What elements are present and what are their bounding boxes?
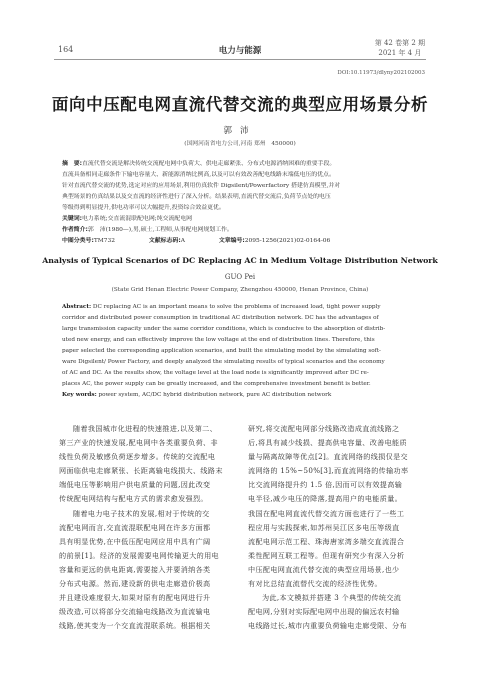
document-code: 文献标志码:A (149, 238, 201, 244)
body-text-line: 随着电力电子技术的发展,相对于传统的交 (59, 507, 237, 521)
abstract-line: 等级得到明显提升,供电功率可以大幅提升,投资综合效益更优。 (62, 203, 422, 214)
body-text-line: 中压配电网直流代替交流的典型应用场景,也少 (248, 563, 426, 577)
body-text-line: 容量和更远的供电距离,需要接入并要消纳各类 (59, 563, 237, 577)
body-text-line: 电线路过长,城市内重要负荷输电走廊受限、分布 (248, 619, 426, 633)
abstract-line: uted new energy, and can effectively imp… (62, 335, 422, 346)
volume-issue: 第 42 卷第 2 期 (375, 38, 425, 48)
affiliation-english: (State Grid Henan Electric Power Company… (0, 287, 480, 293)
abstract-english: Abstract: DC replacing AC is an importan… (62, 302, 422, 401)
body-text-line: 的前景[1]。经济的发展需要电网传输更大的用电 (59, 549, 237, 563)
body-text-line: 线性负荷及敏感负荷逐步增多。传统的交流配电 (59, 450, 237, 464)
abstract-label: 摘 要: (62, 161, 82, 167)
abstract-chinese: 摘 要:直流代替交流是解决传统交流配电网中负荷大、供电走廊紧张、分布式电源消纳困… (62, 159, 422, 247)
abstract-line: large transmission capacity under the sa… (62, 324, 422, 335)
abstract-line: 典型场景的仿真结果以及交直流的经济性进行了深入分析。结果表明,直流代替交流后,负… (62, 192, 422, 203)
title-chinese: 面向中压配电网直流代替交流的典型应用场景分析 (0, 91, 480, 115)
body-text-line: 随着我国城市化进程的快速推进,以及第二、 (59, 422, 237, 436)
body-text-line: 程应用与实践探索,如苏州吴江区多电压等级直 (248, 521, 426, 535)
body-text-line: 具有明显优势,在中低压配电网应用中具有广阔 (59, 535, 237, 549)
issue-date: 2021 年 4 月 (375, 48, 425, 58)
keywords-english: Key words: power system, AC/DC hybrid di… (62, 390, 422, 401)
doi: DOI:10.11973/dlyny202102003 (337, 70, 425, 76)
body-text-line: 研究,将交流配电网部分线路改造成直流线路之 (248, 422, 426, 436)
abstract-line: of AC and DC. As the results show, the v… (62, 368, 422, 379)
body-column-left: 随着我国城市化进程的快速推进,以及第二、第三产业的快速发展,配电网中各类重要负荷… (59, 422, 237, 633)
author-english: GUO Pei (0, 273, 480, 281)
author-chinese: 郭沛 (0, 124, 480, 136)
body-text-line: 配电网,分别对实际配电网中出现的偏远农村输 (248, 605, 426, 619)
abstract-line: ware Digsilent/ Power Factory, and deepl… (62, 357, 422, 368)
abstract-line: Abstract: DC replacing AC is an importan… (62, 302, 422, 313)
body-text-line: 传统配电网结构与配电方式的需求愈发强烈。 (59, 492, 237, 506)
abstract-line: corridor and distributed power consumpti… (62, 313, 422, 324)
author-bio: 作者简介:郭 沛(1980—),男,硕士,工程师,从事配电网规划工作。 (62, 225, 422, 236)
body-text-line: 柔性配网互联工程等。但现有研究少有深入分析 (248, 549, 426, 563)
classification-row: 中图分类号:TM732 文献标志码:A 文章编号:2095-1256(2021)… (62, 236, 422, 247)
abstract-label: Abstract: (62, 304, 91, 310)
abstract-line: 摘 要:直流代替交流是解决传统交流配电网中负荷大、供电走廊紧张、分布式电源消纳困… (62, 159, 422, 170)
body-text-line: 后,将具有减少线损、提高供电容量、改善电能质 (248, 436, 426, 450)
body-text-line: 流网络的 15%~50%[3],而直流网络的传输功率 (248, 464, 426, 478)
abstract-line: places AC, the power supply can be great… (62, 379, 422, 390)
abstract-line: paper selected the corresponding applica… (62, 346, 422, 357)
body-text-line: 量与隔离故障等优点[2]。直流网络的线损仅是交 (248, 450, 426, 464)
abstract-line: 直流具备相同走廊条件下输电容量大、新能源消纳比例高,以及可以有效改善配电线路末端… (62, 170, 422, 181)
article-number: 文章编号:2095-1256(2021)02-0164-06 (219, 238, 346, 244)
header-divider (54, 59, 426, 60)
body-text-line: 为此,本文模拟并搭建 3 个典型的传统交流 (248, 591, 426, 605)
keywords-chinese: 关键词:电力系统;交直流混联配电网;纯交流配电网 (62, 214, 422, 225)
body-text-line: 有对比总结直流替代交流的经济性优势。 (248, 577, 426, 591)
title-english: Analysis of Typical Scenarios of DC Repl… (0, 256, 480, 265)
body-text-line: 比交流网络提升约 1.5 倍,因而可以有效提高输 (248, 478, 426, 492)
body-text-line: 端低电压等影响用户供电质量的问题,因此改变 (59, 478, 237, 492)
issue-info: 第 42 卷第 2 期 2021 年 4 月 (375, 38, 425, 58)
affiliation-chinese: (国网河南省电力公司,河南 郑州 450000) (0, 138, 480, 147)
body-text-line: 我国在配电网直流代替交流方面也进行了一些工 (248, 507, 426, 521)
abstract-line: 针对直流代替交流的优势,选定对应的应用场景,利用仿真软件 Digsilent/P… (62, 181, 422, 192)
body-text-line: 流配电网示范工程、珠海唐家湾多端交直流混合 (248, 535, 426, 549)
body-text-line: 级改造,可以将部分交流输电线路改为直流输电 (59, 605, 237, 619)
body-text-line: 第三产业的快速发展,配电网中各类重要负荷、非 (59, 436, 237, 450)
body-text-line: 网面临供电走廊紧张、长距离输电线损大、线路末 (59, 464, 237, 478)
body-text-line: 流配电网而言,交直流混联配电网在许多方面都 (59, 521, 237, 535)
body-text-line: 电半径,减少电压的降落,提高用户的电能质量。 (248, 492, 426, 506)
body-text-line: 并且建设难度很大,如果对原有的配电网进行升 (59, 591, 237, 605)
clc-code: 中图分类号:TM732 (62, 238, 131, 244)
body-text-line: 线路,使其变为一个交直流混联系统。根据相关 (59, 619, 237, 633)
body-text-line: 分布式电源。然而,建设新的供电走廊造价极高 (59, 577, 237, 591)
body-column-right: 研究,将交流配电网部分线路改造成直流线路之后,将具有减少线损、提高供电容量、改善… (248, 422, 426, 633)
